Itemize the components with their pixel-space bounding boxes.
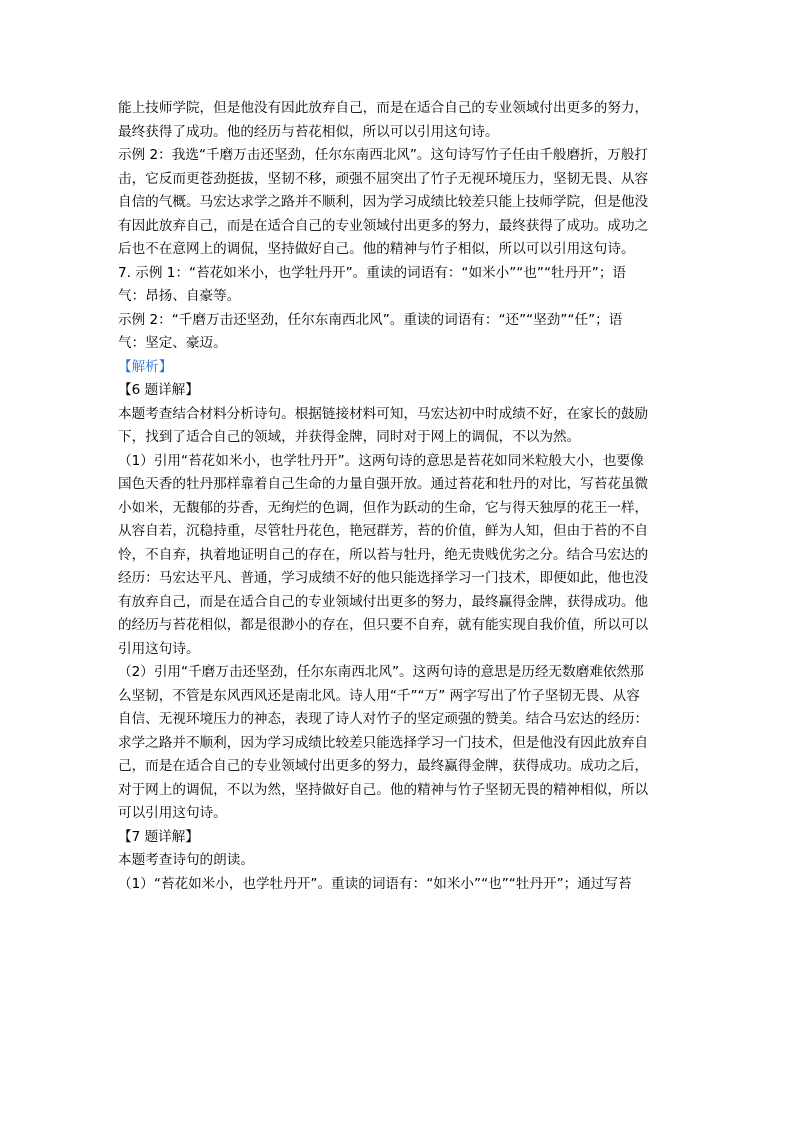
text-line: 引用这句诗。 [118, 638, 678, 662]
text-line: 求学之路并不顺利，因为学习成绩比较差只能选择学习一门技术，但是他没有因此放弃自 [118, 732, 678, 756]
text-line: 有因此放弃自己，而是在适合自己的专业领域付出更多的努力，最终获得了成功。成功之 [118, 215, 678, 239]
example-2-line: 示例 2：“千磨万击还坚劲，任尔东南西北风”。重读的词语有：“还”“坚劲”“任”… [118, 309, 678, 333]
text-line: 后也不在意网上的调侃，坚持做好自己。他的精神与竹子相似，所以可以引用这句诗。 [118, 238, 678, 262]
analysis-label: 【解析】 [118, 356, 678, 380]
text-line: 气：坚定、豪迈。 [118, 332, 678, 356]
text-line: 有放弃自己，而是在适合自己的专业领域付出更多的努力，最终赢得金牌，获得成功。他 [118, 591, 678, 615]
text-line: 怜，不自弃，执着地证明自己的存在，所以苔与牡丹，绝无贵贱优劣之分。结合马宏达的 [118, 544, 678, 568]
point-1-line: （1）“苔花如米小，也学牡丹开”。重读的词语有：“如米小”“也”“牡丹开”；通过… [118, 873, 678, 897]
text-line: 击，它反而更苍劲挺拔，坚韧不移，顽强不屈突出了竹子无视环境压力，坚韧无畏、从容 [118, 168, 678, 192]
text-line: 小如米，无馥郁的芬香，无绚烂的色调，但作为跃动的生命，它与得天独厚的花王一样， [118, 497, 678, 521]
text-line: 最终获得了成功。他的经历与苔花相似，所以可以引用这句诗。 [118, 121, 678, 145]
text-line: 本题考查结合材料分析诗句。根据链接材料可知，马宏达初中时成绩不好，在家长的鼓励 [118, 403, 678, 427]
question-7-answer-line: 7. 示例 1：“苔花如米小，也学牡丹开”。重读的词语有：“如米小”“也”“牡丹… [118, 262, 678, 286]
document-page: 能上技师学院，但是他没有因此放弃自己，而是在适合自己的专业领域付出更多的努力， … [118, 97, 678, 896]
point-1-line: （1）引用“苔花如米小，也学牡丹开”。这两句诗的意思是苔花如同米粒般大小，也要像 [118, 450, 678, 474]
example-2-line: 示例 2：我选“千磨万击还坚劲，任尔东南西北风”。这句诗写竹子任由千般磨折，万般… [118, 144, 678, 168]
question-7-heading: 【7 题详解】 [118, 826, 678, 850]
text-line: 能上技师学院，但是他没有因此放弃自己，而是在适合自己的专业领域付出更多的努力， [118, 97, 678, 121]
text-line: 下，找到了适合自己的领域，并获得金牌，同时对于网上的调侃，不以为然。 [118, 426, 678, 450]
text-line: 么坚韧，不管是东风西风还是南北风。诗人用“千”“万” 两字写出了竹子坚韧无畏、从… [118, 685, 678, 709]
text-line: 对于网上的调侃，不以为然，坚持做好自己。他的精神与竹子坚韧无畏的精神相似，所以 [118, 779, 678, 803]
text-line: 自信、无视环境压力的神态，表现了诗人对竹子的坚定顽强的赞美。结合马宏达的经历： [118, 708, 678, 732]
text-line: 从容自若，沉稳持重，尽管牡丹花色，艳冠群芳，苔的价值，鲜为人知，但由于苔的不自 [118, 520, 678, 544]
question-6-heading: 【6 题详解】 [118, 379, 678, 403]
text-line: 本题考查诗句的朗读。 [118, 849, 678, 873]
text-line: 国色天香的牡丹那样靠着自己生命的力量自强开放。通过苔花和牡丹的对比，写苔花虽微 [118, 473, 678, 497]
text-line: 己，而是在适合自己的专业领域付出更多的努力，最终赢得金牌，获得成功。成功之后， [118, 755, 678, 779]
text-line: 自信的气概。马宏达求学之路并不顺利，因为学习成绩比较差只能上技师学院，但是他没 [118, 191, 678, 215]
text-line: 可以引用这句诗。 [118, 802, 678, 826]
point-2-line: （2）引用“千磨万击还坚劲，任尔东南西北风”。这两句诗的意思是历经无数磨难依然那 [118, 661, 678, 685]
text-line: 经历：马宏达平凡、普通，学习成绩不好的他只能选择学习一门技术，即便如此，他也没 [118, 567, 678, 591]
text-line: 的经历与苔花相似，都是很渺小的存在，但只要不自弃，就有能实现自我价值，所以可以 [118, 614, 678, 638]
text-line: 气：昂扬、自豪等。 [118, 285, 678, 309]
